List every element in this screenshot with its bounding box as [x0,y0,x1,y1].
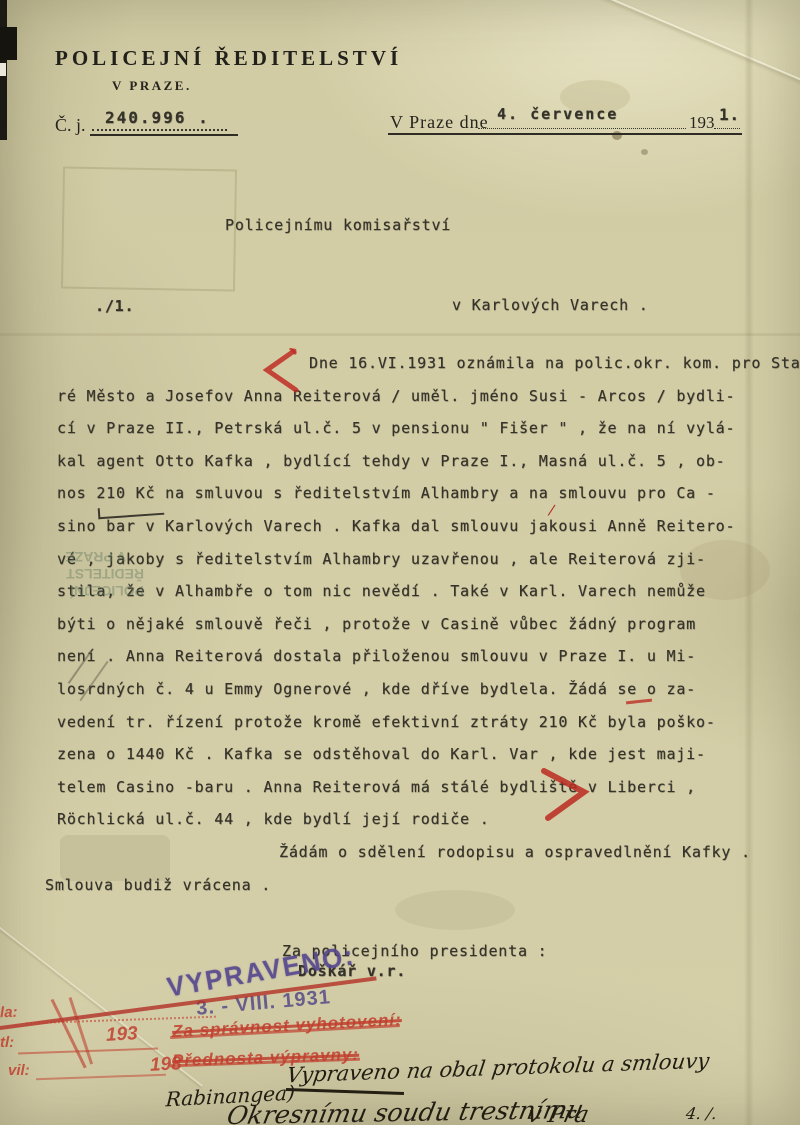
embossed-frame [61,166,237,291]
body-line: cí v Praze II., Petrská ul.č. 5 v pensio… [57,419,767,452]
date-typed: 4. července [497,105,618,123]
scanned-letter-page: POLICEJNÍ ŘEDITELSTVÍ V PRAZE. Č. j. 240… [0,0,800,1125]
body-line: Röchlická ul.č. 44 , kde bydlí její rodi… [57,810,767,843]
body-line: Žádám o sdělení rodopisu a ospravedlnění… [57,843,767,876]
bleedthrough-line: POLICEJNÍ ŘEDITELST [52,565,144,599]
scan-edge-sliver [0,63,6,76]
body-line: telem Casino -baru . Anna Reiterová má s… [57,778,767,811]
enclosure-mark: ./1. [95,297,134,315]
year-dotted-line [714,128,740,129]
reference-dotted-line [92,129,227,131]
body-line: Smlouva budiž vrácena . [45,876,767,909]
reference-solid-line [90,134,238,136]
body-line: kal agent Otto Kafka , bydlící tehdy v P… [57,452,767,485]
handwritten-number-note: 4. /. [685,1104,718,1123]
body-line: vedení tr. řízení protože kromě efektivn… [57,713,767,746]
letterhead-city: V PRAZE. [112,78,192,94]
body-line: sino bar v Karlových Varech . Kafka dal … [57,517,767,550]
reference-label: Č. j. [55,115,86,136]
red-chevron-right-mark [540,766,592,822]
body-line: není . Anna Reiterová dostala přiloženou… [57,647,767,680]
letterhead-org: POLICEJNÍ ŘEDITELSTVÍ [55,46,402,71]
body-line: losrdných č. 4 u Emmy Ognerové , kde dří… [57,680,767,713]
date-solid-line [388,133,742,135]
red-chevron-left-mark [260,348,300,394]
form-row-label: la: [0,1004,18,1022]
addressee-city: v Karlových Varech . [452,296,649,314]
body-line: zena o 1440 Kč . Kafka se odstěhoval do … [57,745,767,778]
body-line: stila, že v Alhambře o tom nic nevědí . … [57,582,767,615]
scan-edge-notch [0,27,17,60]
addressee-office: Policejnímu komisařství [225,216,451,234]
place-date-label: V Praze dne [390,112,489,133]
body-line: býti o nějaké smlouvě řeči , protože v C… [57,615,767,648]
year-printed: 193 [689,113,715,133]
letter-body: Dne 16.VI.1931 oznámila na polic.okr. ko… [57,354,767,908]
form-row-label: tl: [0,1034,14,1051]
handwritten-place-note: v Pra [525,1102,591,1125]
reference-number: 240.996 . [105,108,210,127]
bleedthrough-stamp: POLICEJNÍ ŘEDITELST V PRAZE [52,548,144,599]
form-row-year: 193 [105,1023,138,1047]
body-line: Dne 16.VI.1931 oznámila na polic.okr. ko… [57,354,767,387]
bleedthrough-line: V PRAZE [52,548,144,565]
date-dotted-line [478,128,686,129]
year-typed: 1. [719,105,740,124]
body-line: ré Město a Josefov Anna Reiterová / uměl… [57,387,767,420]
form-row-label: vil: [8,1062,30,1079]
body-line: vé , jakoby s ředitelstvím Alhambry uzav… [57,550,767,583]
